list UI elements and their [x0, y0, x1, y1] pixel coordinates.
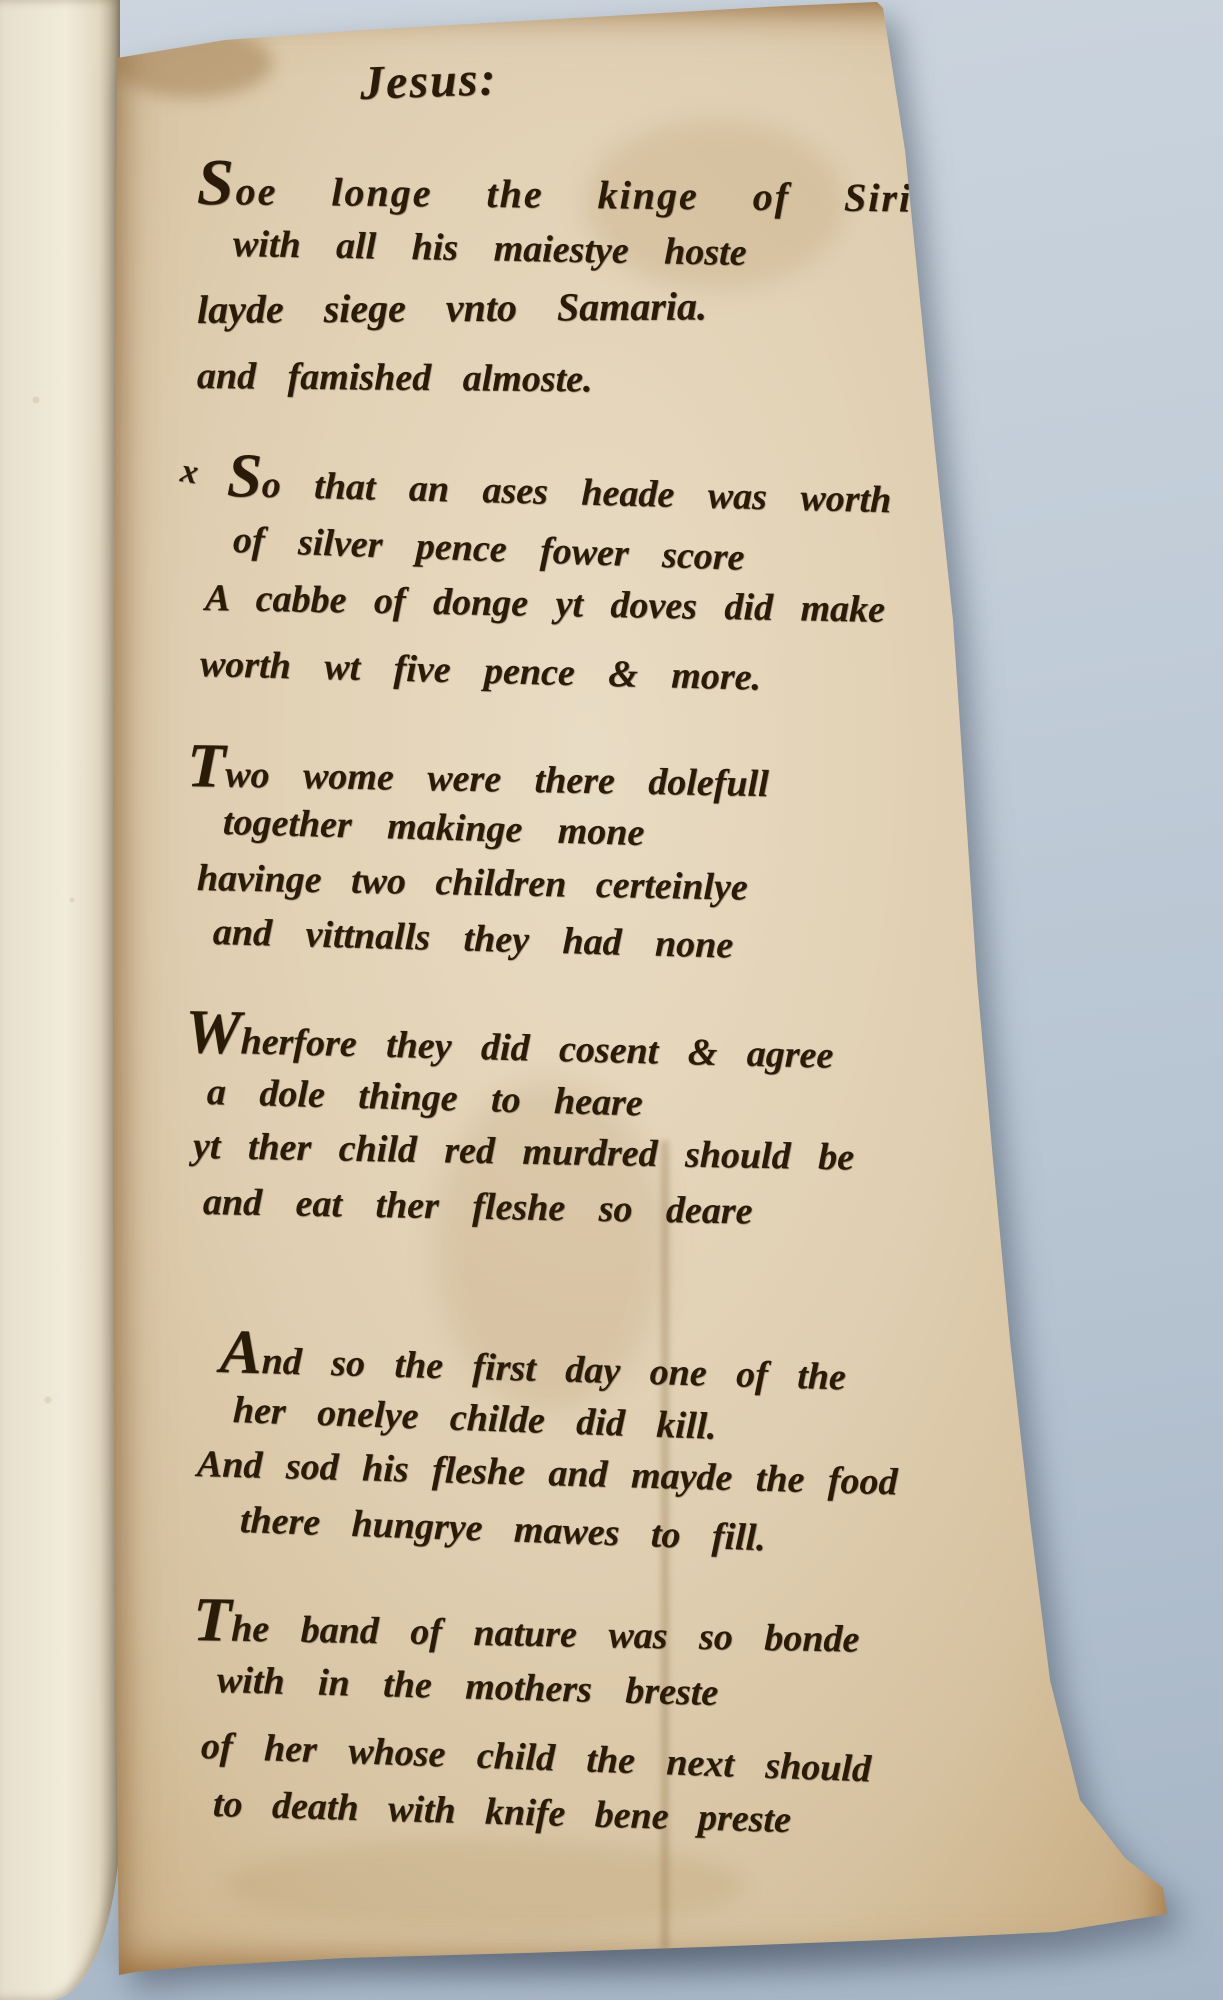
page-wrap: Jesus: Soe longe the kinge of Siria with… — [0, 0, 1223, 2000]
stanza-marker: x — [178, 452, 201, 492]
manuscript-line: and eat ther fleshe so deare — [203, 1180, 753, 1234]
manuscript-line: layde siege vnto Samaria. — [197, 282, 707, 333]
manuscript-line: And sod his fleshe and mayde the food — [196, 1442, 898, 1504]
manuscript-line: with all his maiestye hoste — [233, 222, 747, 275]
manuscript-line: with in the mothers breste — [216, 1658, 718, 1715]
manuscript-line: of her whose child the next should — [200, 1724, 872, 1791]
manuscript-line: to death with knife bene preste — [212, 1782, 791, 1842]
manuscript-line: and famished almoste. — [197, 354, 593, 401]
manuscript-line: Soe longe the kinge of Siria — [197, 158, 935, 222]
manuscript-line: So that an ases heade was worth — [226, 452, 892, 522]
manuscript-line: together makinge mone — [222, 800, 644, 855]
manuscript-line: her onelye childe did kill. — [232, 1388, 717, 1449]
manuscript-line: And so the first day one of the — [219, 1328, 846, 1399]
manuscript-line: Two wome were there dolefull — [187, 742, 770, 806]
paper-stain — [113, 28, 273, 98]
manuscript-line: of silver pence fower score — [232, 518, 745, 580]
manuscript-line: havinge two children certeinlye — [197, 856, 748, 910]
manuscript-line: worth wt five pence & more. — [199, 642, 761, 700]
manuscript-heading: Jesus: — [359, 51, 498, 111]
manuscript-line: there hungrye mawes to fill. — [239, 1498, 766, 1560]
manuscript-page: Jesus: Soe longe the kinge of Siria with… — [105, 0, 1180, 1978]
manuscript-line: yt ther child red murdred should be — [193, 1124, 855, 1180]
paper-stain — [225, 1840, 745, 1930]
paper-stain — [1070, 1060, 1200, 1390]
manuscript-line: The band of nature was so bonde — [193, 1596, 860, 1662]
photo-backdrop: { "photo": { "backdrop_color": "#bfcbd7"… — [0, 0, 1223, 2000]
manuscript-line: Wherfore they did cosent & agree — [184, 1008, 834, 1078]
manuscript-line: a dole thinge to heare — [206, 1070, 643, 1125]
manuscript-line: A cabbe of donge yt doves did make — [205, 576, 886, 632]
manuscript-line: and vittnalls they had none — [212, 910, 733, 968]
